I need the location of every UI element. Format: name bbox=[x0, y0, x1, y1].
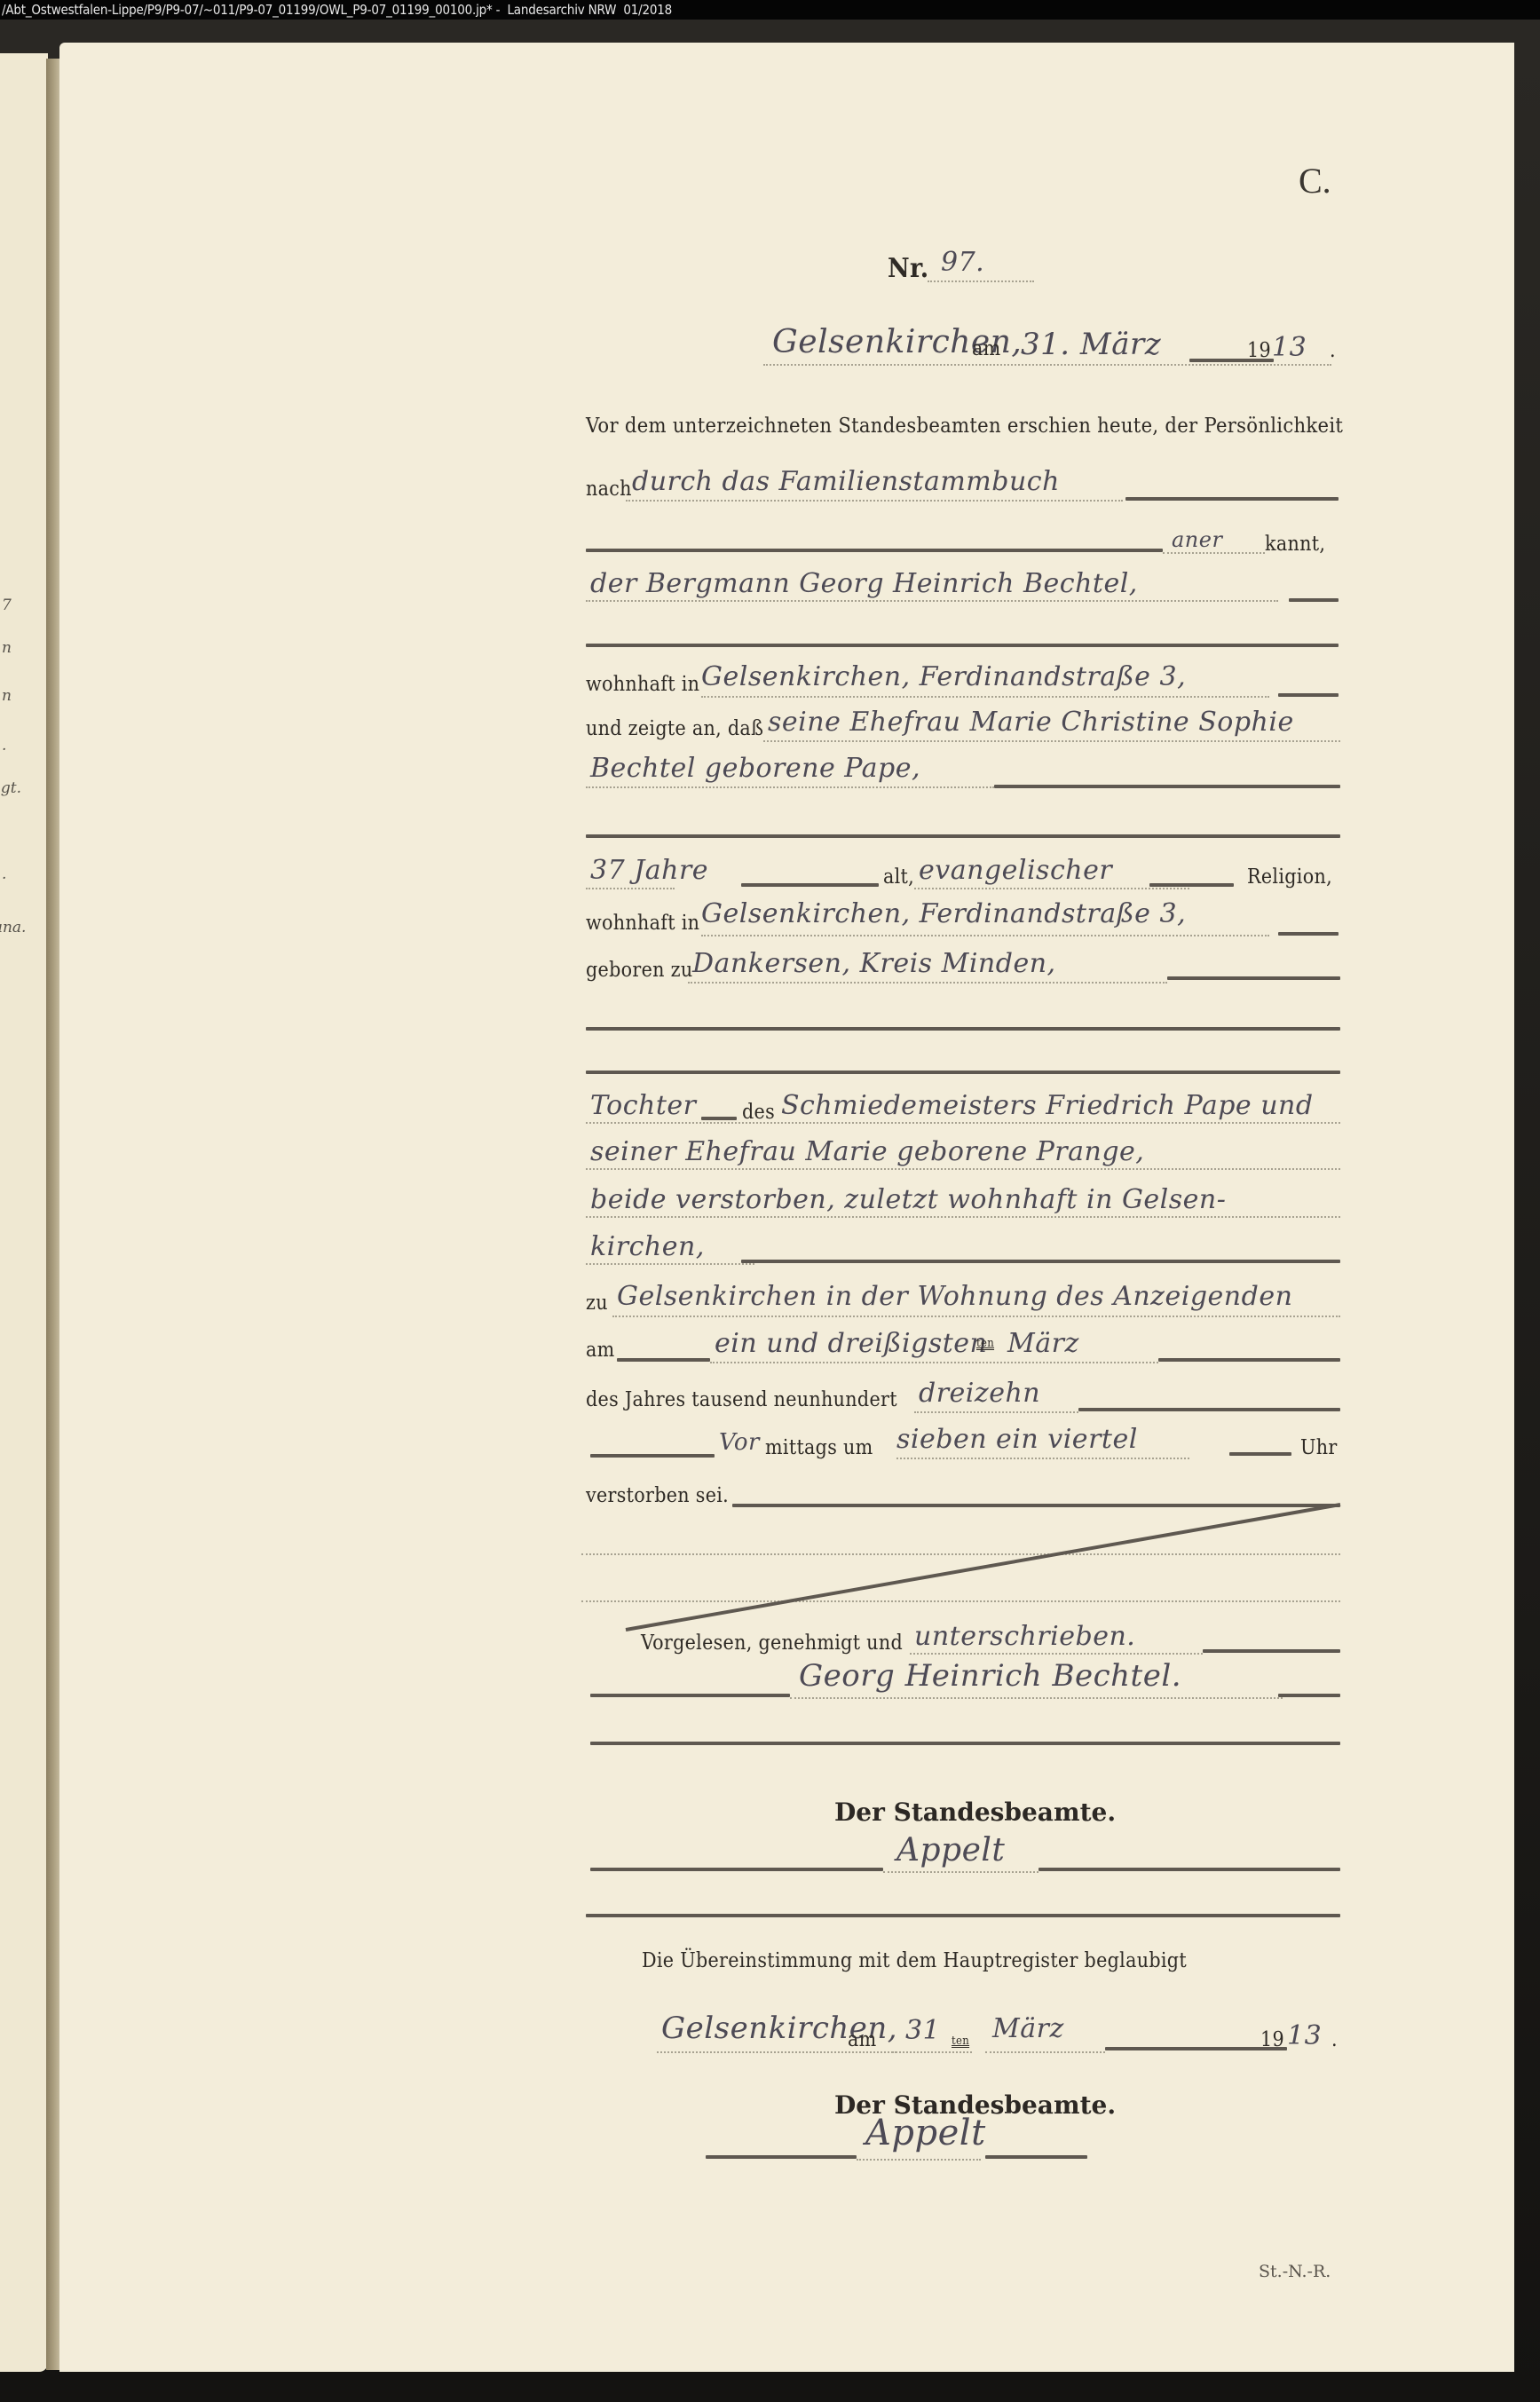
identity-label: nach bbox=[586, 478, 632, 501]
window-title-bar: /Abt_Ostwestfalen-Lippe/P9/P9-07/~011/P9… bbox=[0, 0, 1540, 20]
registrar-signature: Appelt bbox=[896, 1832, 1005, 1869]
registrar-signature-2: Appelt bbox=[865, 2113, 986, 2153]
death-place: Gelsenkirchen in der Wohnung des Anzeige… bbox=[617, 1281, 1292, 1312]
parents-line2: seiner Ehefrau Marie geborene Prange, bbox=[590, 1136, 1144, 1167]
death-day: ein und dreißigsten bbox=[715, 1328, 987, 1359]
book-gutter bbox=[46, 59, 60, 2370]
death-month: März bbox=[1007, 1328, 1079, 1359]
left-page-edge: 7 n n . ligt. . una. bbox=[0, 53, 48, 2372]
death-year: dreizehn bbox=[919, 1378, 1040, 1409]
record-number-label: Nr. bbox=[888, 253, 928, 284]
age-value: 37 Jahre bbox=[590, 855, 708, 886]
margin-note: 7 bbox=[2, 597, 12, 614]
religion-value: evangelischer bbox=[919, 855, 1112, 886]
form-code: St.-N.-R. bbox=[1259, 2262, 1331, 2281]
cert-year: 13 bbox=[1287, 2020, 1322, 2051]
margin-note: n bbox=[2, 639, 12, 657]
residence-label: wohnhaft in bbox=[586, 673, 699, 696]
registrar-heading: Der Standesbeamte. bbox=[834, 1798, 1116, 1827]
am-label: am bbox=[972, 337, 1001, 360]
cert-month: März bbox=[992, 2013, 1064, 2044]
death-time: sieben ein viertel bbox=[896, 1424, 1138, 1455]
margin-note: n bbox=[2, 687, 12, 705]
margin-note: . bbox=[2, 865, 6, 883]
year-suffix: 13 bbox=[1272, 332, 1307, 363]
informant-residence: Gelsenkirchen, Ferdinandstraße 3, bbox=[701, 661, 1186, 692]
birthplace-value: Dankersen, Kreis Minden, bbox=[692, 948, 1056, 979]
identity-value: durch das Familienstammbuch bbox=[632, 466, 1060, 497]
certification-text: Die Übereinstimmung mit dem Hauptregiste… bbox=[642, 1949, 1187, 1972]
birthplace-label: geboren zu bbox=[586, 959, 692, 982]
announcement-label: und zeigte an, daß bbox=[586, 717, 763, 740]
parents-line3: beide verstorben, zuletzt wohnhaft in Ge… bbox=[590, 1184, 1226, 1215]
parents-line1: Schmiedemeisters Friedrich Pape und bbox=[781, 1090, 1314, 1121]
parents-line4: kirchen, bbox=[590, 1231, 705, 1262]
margin-note: una. bbox=[0, 919, 26, 936]
record-number-value: 97. bbox=[941, 247, 984, 278]
deceased-residence: Gelsenkirchen, Ferdinandstraße 3, bbox=[701, 898, 1186, 929]
parents-relation: Tochter bbox=[590, 1090, 697, 1121]
died-label: verstorben sei. bbox=[586, 1484, 729, 1507]
date: 31. März bbox=[1021, 327, 1161, 362]
announcement-line1: seine Ehefrau Marie Christine Sophie bbox=[768, 707, 1294, 738]
cert-day: 31 bbox=[905, 2015, 940, 2046]
announcement-line2: Bechtel geborene Pape, bbox=[590, 753, 920, 784]
intro-text: Vor dem unterzeichneten Standesbeamten e… bbox=[586, 413, 1343, 438]
approval-label: Vorgelesen, genehmigt und bbox=[641, 1632, 903, 1655]
margin-note: ligt. bbox=[0, 779, 21, 797]
residence-label-2: wohnhaft in bbox=[586, 912, 699, 935]
informant-name: der Bergmann Georg Heinrich Bechtel, bbox=[590, 568, 1138, 599]
year-prefix: 19 bbox=[1247, 339, 1271, 362]
approval-value: unterschrieben. bbox=[914, 1621, 1135, 1652]
informant-signature: Georg Heinrich Bechtel. bbox=[799, 1658, 1181, 1694]
corner-letter: C. bbox=[1299, 160, 1331, 201]
margin-note: . bbox=[2, 737, 6, 755]
